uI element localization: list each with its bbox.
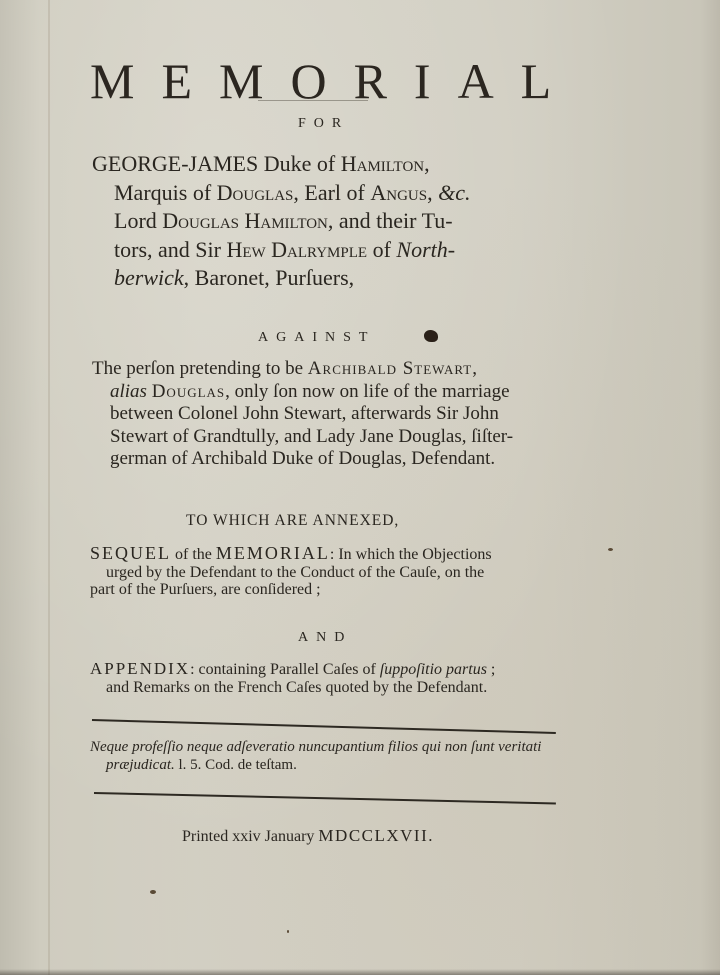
defendant-line-1: The perſon pretending to be Archibald St…: [92, 358, 612, 381]
text: , Baronet, Purſuers,: [184, 265, 354, 290]
paper-speck: [608, 548, 613, 551]
latin-phrase: ſuppoſitio partus: [380, 661, 487, 678]
pursuers-line-1: GEORGE-JAMES Duke of Hamilton,: [92, 150, 612, 179]
text: præjudicat.: [106, 757, 175, 773]
place-north: North-: [396, 237, 455, 262]
citation: l. 5. Cod. de teſtam.: [175, 757, 297, 773]
appendix-block: APPENDIX: containing Parallel Caſes of ſ…: [90, 660, 580, 697]
text: ,: [424, 151, 430, 176]
imprint-date: Printed xxiv January: [182, 828, 318, 845]
text: ;: [487, 661, 495, 678]
sequel-word: SEQUEL: [90, 543, 171, 563]
place-berwick: berwick: [114, 265, 184, 290]
sequel-line-2: urged by the Defendant to the Conduct of…: [90, 564, 580, 582]
imprint-line: Printed xxiv January MDCCLXVII.: [182, 826, 434, 846]
sequel-line-1: SEQUEL of the MEMORIAL: In which the Obj…: [90, 545, 580, 564]
text: Duke of: [258, 151, 340, 176]
annexed-heading: TO WHICH ARE ANNEXED,: [186, 512, 399, 530]
text: of: [367, 237, 396, 262]
for-label: FOR: [298, 116, 349, 132]
text: tors, and Sir: [114, 237, 226, 262]
text: The perſon pretending to be: [92, 358, 308, 379]
sequel-line-3: part of the Purſuers, are conſidered ;: [90, 581, 580, 599]
alias-word: alias: [110, 381, 147, 402]
document-page: MEMORIAL FOR GEORGE-JAMES Duke of Hamilt…: [0, 0, 720, 975]
divider-rule-bottom: [94, 792, 556, 804]
text: of the: [171, 546, 216, 563]
defendant-block: The perſon pretending to be Archibald St…: [92, 358, 612, 471]
name-douglas: Douglas: [217, 180, 294, 205]
paper-speck: [287, 930, 289, 933]
text: Marquis of: [114, 180, 217, 205]
appendix-line-2: and Remarks on the French Caſes quoted b…: [90, 679, 580, 697]
text: : containing Parallel Caſes of: [190, 661, 380, 678]
sequel-block: SEQUEL of the MEMORIAL: In which the Obj…: [90, 545, 580, 599]
text: : In which the Objections: [330, 546, 492, 563]
defendant-line-5: german of Archibald Duke of Douglas, Def…: [92, 448, 612, 471]
text: Lord: [114, 208, 162, 233]
name-angus: Angus: [370, 180, 427, 205]
name-hamilton: Hamilton: [341, 151, 424, 176]
imprint-year: MDCCLXVII.: [318, 826, 434, 845]
title-underline: [258, 100, 368, 101]
name-hew-dalrymple: Hew Dalrymple: [226, 237, 367, 262]
name-douglas-hamilton: Douglas Hamilton: [162, 208, 328, 233]
latin-quotation: Neque profeſſio neque adſeveratio nuncup…: [90, 738, 590, 774]
name-archibald-stewart: Archibald Stewart: [308, 358, 472, 379]
pursuers-line-2: Marquis of Douglas, Earl of Angus, &c.: [92, 179, 612, 208]
and-label: AND: [298, 630, 352, 646]
text: , and their Tu-: [328, 208, 453, 233]
text: , only ſon now on life of the marriage: [225, 381, 509, 402]
defendant-line-2: alias Douglas, only ſon now on life of t…: [92, 381, 612, 404]
text: ,: [427, 180, 438, 205]
divider-rule-top: [92, 719, 556, 734]
page-bottom-edge: [0, 969, 720, 975]
pursuers-line-5: berwick, Baronet, Purſuers,: [92, 264, 612, 293]
et-cetera: &c.: [438, 180, 470, 205]
page-fold-shadow: [48, 0, 50, 975]
defendant-line-3: between Colonel John Stewart, afterwards…: [92, 403, 612, 426]
document-title: MEMORIAL: [90, 52, 578, 110]
text: ,: [472, 358, 477, 379]
pursuers-line-3: Lord Douglas Hamilton, and their Tu-: [92, 207, 612, 236]
memorial-word: MEMORIAL: [216, 543, 330, 563]
text: , Earl of: [293, 180, 370, 205]
name-george-james: GEORGE-JAMES: [92, 151, 258, 176]
defendant-line-4: Stewart of Grandtully, and Lady Jane Dou…: [92, 426, 612, 449]
appendix-line-1: APPENDIX: containing Parallel Caſes of ſ…: [90, 660, 580, 679]
pursuers-block: GEORGE-JAMES Duke of Hamilton, Marquis o…: [92, 150, 612, 293]
name-douglas: Douglas: [152, 381, 225, 402]
paper-speck: [150, 890, 156, 894]
against-label: AGAINST: [258, 330, 375, 346]
quotation-line-1: Neque profeſſio neque adſeveratio nuncup…: [90, 738, 590, 756]
quotation-line-2: præjudicat. l. 5. Cod. de teſtam.: [90, 756, 590, 774]
appendix-word: APPENDIX: [90, 659, 190, 678]
ink-blot: [424, 330, 438, 342]
pursuers-line-4: tors, and Sir Hew Dalrymple of North-: [92, 236, 612, 265]
